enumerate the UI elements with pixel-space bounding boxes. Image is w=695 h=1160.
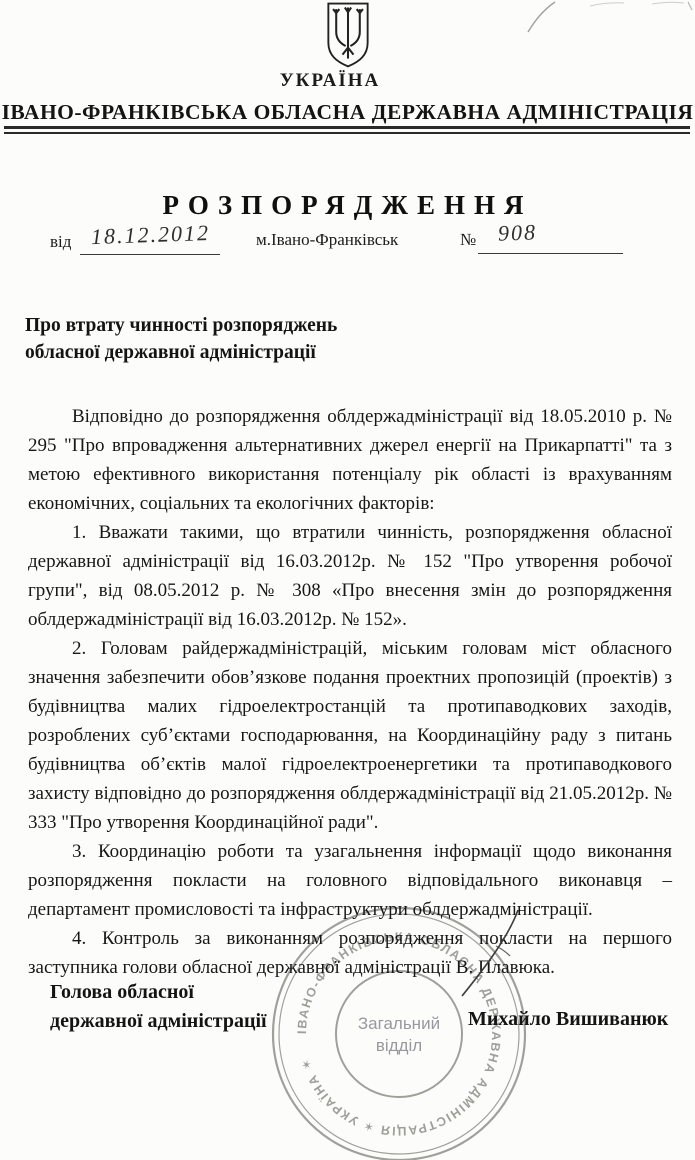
document-title: РОЗПОРЯДЖЕННЯ [0,190,695,221]
pen-scribble-marks [430,0,695,45]
subject-line-2: обласної державної адміністрації [25,339,445,366]
body-paragraph-item-3: 3. Координацію роботи та узагальнення ін… [28,837,672,924]
body-paragraph-item-4: 4. Контроль за виконанням розпорядження … [28,924,672,982]
signature-pen-stroke [438,898,538,1013]
organization-name: ІВАНО-ФРАНКІВСЬКА ОБЛАСНА ДЕРЖАВНА АДМІН… [0,100,695,125]
date-field: 18.12.2012 [80,222,220,255]
signer-position: Голова обласної державної адміністрації [50,978,350,1036]
stamp-center-line-1: Загальний [358,1014,440,1033]
header-double-rule [4,126,690,134]
subject-line-1: Про втрату чинності розпоряджень [25,312,445,339]
number-field: 908 [478,220,623,254]
document-subject: Про втрату чинності розпоряджень обласно… [25,312,445,366]
document-body: Відповідно до розпорядження облдержадмін… [28,402,672,982]
body-paragraph-item-2: 2. Головам райдержадміністрацій, міським… [28,634,672,837]
country-name: УКРАЇНА [0,70,660,92]
stamp-center-line-2: відділ [376,1036,422,1055]
trident-emblem-icon [322,2,374,68]
body-paragraph-intro: Відповідно до розпорядження облдержадмін… [28,402,672,518]
number-label: № [460,230,476,250]
signer-position-line-1: Голова обласної [50,978,350,1007]
date-label: від [50,232,71,252]
date-handwritten-value: 18.12.2012 [90,220,210,250]
body-paragraph-item-1: 1. Вважати такими, що втратили чинність,… [28,518,672,634]
city-name: м.Івано-Франківськ [256,230,398,250]
scanned-document-page: УКРАЇНА ІВАНО-ФРАНКІВСЬКА ОБЛАСНА ДЕРЖАВ… [0,0,695,1160]
number-handwritten-value: 908 [498,219,538,246]
signer-position-line-2: державної адміністрації [50,1007,350,1036]
